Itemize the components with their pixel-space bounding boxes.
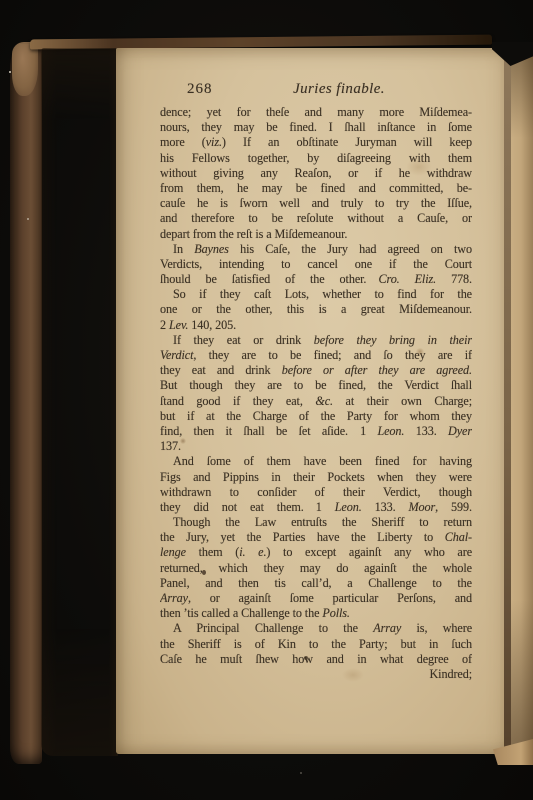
text-line: depart from the reſt is a Miſdemeanour. — [160, 227, 472, 242]
text-line: from them, he may be fined and committed… — [160, 181, 472, 196]
text-line: 2 Lev. 140, 205. — [160, 318, 472, 333]
book-spine — [10, 44, 42, 764]
text-line: Verdict, they are to be fined; and ſo th… — [160, 348, 472, 363]
text-line: Panel, and then tis call’d, a Challenge … — [160, 576, 472, 591]
text-line: cauſe he is ſworn well and truly to try … — [160, 196, 472, 211]
running-head: Juries finable. — [160, 81, 472, 98]
page-header: 268 Juries finable. — [160, 81, 472, 98]
dust-speck — [27, 218, 29, 220]
dust-speck — [300, 772, 302, 774]
text-line: Array, or againſt ſome particular Perſon… — [160, 591, 472, 606]
text-line: returned, which they may do againſt the … — [160, 561, 472, 576]
text-line: dence; yet for theſe and many more Miſde… — [160, 105, 472, 120]
text-line: ſhould be ſatisfied of the other. Cro. E… — [160, 272, 472, 287]
text-line: If they eat or drink before they bring i… — [160, 333, 472, 348]
text-line: withdrawn to conſider of their Verdict, … — [160, 485, 472, 500]
text-line: 137. — [160, 439, 472, 454]
text-line: Verdicts, intending to cancel one if the… — [160, 257, 472, 272]
text-line: nours, they may be fined. I ſhall inſtan… — [160, 120, 472, 135]
text-line: lenge them (i. e.) to except againſt any… — [160, 545, 472, 560]
text-line: and therefore to be reſolute without a C… — [160, 211, 472, 226]
text-line: they eat and drink before or after they … — [160, 363, 472, 378]
text-line: And ſome of them have been fined for hav… — [160, 454, 472, 469]
text-line: ſtand good if they eat, &c. at their own… — [160, 394, 472, 409]
text-line: then ’tis called a Challenge to the Poll… — [160, 606, 472, 621]
page-edges-stack — [41, 48, 118, 756]
page-text: dence; yet for theſe and many more Miſde… — [160, 105, 472, 682]
text-line: they did not eat them. 1 Leon. 133. Moor… — [160, 500, 472, 515]
text-line: Caſe he muſt ſhew how and in what degree… — [160, 652, 472, 667]
text-line: find, then it ſhall be ſet aſide. 1 Leon… — [160, 424, 472, 439]
text-line: But though they are to be fined, the Ver… — [160, 378, 472, 393]
text-line: the Sheriff is of Kin to the Party; but … — [160, 637, 472, 652]
book-photo: 268 Juries finable. dence; yet for theſe… — [0, 0, 533, 800]
text-line: but if at the Charge of the Party for wh… — [160, 409, 472, 424]
text-line: Though the Law entruſts the Sheriff to r… — [160, 515, 472, 530]
text-line: his Fellows together, by diſagreeing wit… — [160, 151, 472, 166]
text-line: Kindred; — [160, 667, 472, 682]
text-line: So if they caſt Lots, whether to find fo… — [160, 287, 472, 302]
page-content: 268 Juries finable. dence; yet for theſe… — [116, 48, 508, 754]
facing-page-edge — [511, 54, 533, 754]
text-line: one or the other, this is a great Miſdem… — [160, 302, 472, 317]
book-spine-corner — [12, 42, 38, 96]
text-line: Figs and Pippins in their Pockets when t… — [160, 470, 472, 485]
book-page: 268 Juries finable. dence; yet for theſe… — [116, 48, 508, 754]
text-line: more (viz.) If an obſtinate Juryman will… — [160, 135, 472, 150]
dust-speck — [9, 71, 11, 73]
text-line: In Baynes his Caſe, the Jury had agreed … — [160, 242, 472, 257]
text-line: the Jury, yet the Parties have the Liber… — [160, 530, 472, 545]
text-line: A Principal Challenge to the Array is, w… — [160, 621, 472, 636]
text-line: without giving any Reaſon, or if he with… — [160, 166, 472, 181]
